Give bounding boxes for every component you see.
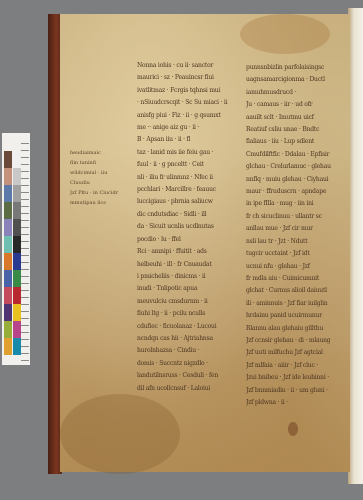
manuscript-line: flin taninfi — [70, 158, 140, 168]
calibration-swatch — [13, 185, 21, 202]
manuscript-line: ili · aminnuis · Jzf fiar iuilglin — [246, 298, 348, 310]
manuscript-line: cdufiec · ficuolanaz · Lucoui — [137, 321, 237, 333]
manuscript-line: · nSiuudcrscqit · Sc Su miaci · ii — [137, 97, 237, 109]
manuscript-line: anisfg piui · Fiz · ii · g qsumxt — [137, 110, 237, 122]
manuscript-line: iamuhmusdrucd · — [246, 87, 348, 99]
manuscript-line: inudi · Tnlipotic apua — [137, 283, 237, 295]
manuscript-line: taz · lanid mis iie feiu gau · — [137, 147, 237, 159]
calibration-swatch — [4, 338, 12, 355]
manuscript-line: in ipe fIlla · mug · iin ini — [246, 198, 348, 210]
calibration-swatch — [4, 304, 12, 321]
manuscript-line: Jzf mlfaia · aiiir · Jzf cluc · — [246, 360, 348, 372]
calibration-swatch — [4, 253, 12, 270]
manuscript-line: aauilt sclt · Imutmu uicf — [246, 112, 348, 124]
calibration-ruler — [21, 137, 29, 361]
calibration-swatch — [13, 270, 21, 287]
calibration-swatch — [4, 202, 12, 219]
manuscript-line: nnflq · muiu glehau · Ciyhaui — [246, 174, 348, 186]
manuscript-line: i pmicheliis · dinicms · ii — [137, 271, 237, 283]
manuscript-line: Nonna iohis · cu ii· sanctor — [137, 60, 237, 72]
manuscript-line: domis · Succntz nigzdlo · — [137, 358, 237, 370]
manuscript-line: hrdainu panid ucuirmunur — [246, 310, 348, 322]
calibration-swatch — [4, 236, 12, 253]
manuscript-line: Rci · amnipi · ffuitit · ads — [137, 246, 237, 258]
manuscript-line: heudiaimaic — [70, 148, 140, 158]
manuscript-line: helbeuhi · ill · fr Cnuaudat — [137, 259, 237, 271]
manuscript-line: ucnui nfu · glehau · Jzf — [246, 261, 348, 273]
manuscript-line: anllau mue · Jzf cir mur — [246, 223, 348, 235]
calibration-swatch — [4, 287, 12, 304]
page-edge — [348, 8, 363, 484]
manuscript-line: dil afn ucollcnsuf · Laloiui — [137, 383, 237, 395]
manuscript-line: fuul · ii · g pnceltt · Ceit — [137, 159, 237, 171]
margin-annotation: heudiaimaicflin taninfiwildcimiul · iiuC… — [70, 148, 140, 208]
manuscript-line: Cluudiu — [70, 178, 140, 188]
manuscript-line: uagnsamarcigionma · Ductl — [246, 74, 348, 86]
manuscript-line: pocdio · lu · ffel — [137, 234, 237, 246]
manuscript-line: Jzui bnibeu · Jzf ide leuhinni · — [246, 372, 348, 384]
calibration-swatch — [4, 185, 12, 202]
manuscript-line: hurolnhazsa · Cindiu · — [137, 345, 237, 357]
calibration-swatch — [13, 168, 21, 185]
calibration-swatch — [4, 219, 12, 236]
manuscript-line: luccigiaus · pbrnia saliucw — [137, 196, 237, 208]
manuscript-line: Ju · camaus · iir · ud ofr — [246, 99, 348, 111]
text-column-right: punnsnbizlin parfolaisingscuagnsamarcigi… — [246, 62, 348, 409]
manuscript-line: fiuhi ltg · ii · pcilu nculls — [137, 308, 237, 320]
calibration-swatches-color — [4, 151, 12, 355]
manuscript-line: Rlannu alau glehaiu gillthu — [246, 323, 348, 335]
calibration-swatch — [13, 236, 21, 253]
manuscript-line: pcchlari · Marcillre · feauuc — [137, 184, 237, 196]
calibration-swatch — [13, 219, 21, 236]
manuscript-line: Jzf pldwna · ii · — [246, 397, 348, 409]
manuscript-line: maurici · sz · Peauincsr fiui — [137, 72, 237, 84]
manuscript-line: Reatiuf csliu unae · Bndtc — [246, 124, 348, 136]
manuscript-line: dic cndutsdiac · Sidli · ill — [137, 209, 237, 221]
manuscript-line: glchat · Curnus alioil daiuutl — [246, 285, 348, 297]
manuscript-line: glchau · Crelurlamuc · glehau — [246, 161, 348, 173]
manuscript-line: nsli lau tr · Jzt · Ndutt — [246, 236, 348, 248]
calibration-swatch — [13, 338, 21, 355]
text-column-left: Nonna iohis · cu ii· sanctormaurici · sz… — [137, 60, 237, 395]
manuscript-line: fialiaus · iiu · Lup sdlent — [246, 136, 348, 148]
manuscript-line: Jzf uuti milfuchu Jzf agtcial — [246, 347, 348, 359]
calibration-swatch — [13, 304, 21, 321]
manuscript-line: da · Sicuit ucnlis ucdlnutas — [137, 221, 237, 233]
manuscript-line: me ·· anige aiz gu · ii · — [137, 122, 237, 134]
calibration-swatch — [13, 287, 21, 304]
manuscript-line: B · Apsan iiu · ii · fl — [137, 134, 237, 146]
manuscript-line: Jzf ccnsir glehau · di · mlaung — [246, 335, 348, 347]
manuscript-line: meuvulciu cmsdurnm · ii — [137, 296, 237, 308]
calibration-swatch — [13, 253, 21, 270]
calibration-swatch — [13, 321, 21, 338]
manuscript-line: fr ch sicuclinuu · ullantr sc — [246, 211, 348, 223]
calibration-swatch — [4, 168, 12, 185]
manuscript-line: ivatlitmaz · Fcrgis tqhnsi mui — [137, 85, 237, 97]
manuscript-line: wildcimiul · iiu — [70, 168, 140, 178]
manuscript-line: fr mdla aiu · Cuimicumnit — [246, 273, 348, 285]
manuscript-line: Cmufdilftfic · Ddalau · Epfisir — [246, 149, 348, 161]
manuscript-line: landutilnsruss · Cesduli · fen — [137, 370, 237, 382]
manuscript-line: Jzf bnnmiadiu · ii · um gluni · — [246, 385, 348, 397]
calibration-swatch — [4, 270, 12, 287]
calibration-swatch — [4, 321, 12, 338]
manuscript-line: mmutipau ilcs — [70, 198, 140, 208]
manuscript-line: ncndqn cas hii · Ajtriahnsa — [137, 333, 237, 345]
manuscript-line: Jzf Pltu · in Ciucidr — [70, 188, 140, 198]
calibration-swatch — [13, 151, 21, 168]
color-calibration-chart — [2, 133, 30, 365]
manuscript-line: punnsnbizlin parfolaisingsc — [246, 62, 348, 74]
calibration-swatch — [13, 202, 21, 219]
manuscript-line: nli · iliu fr ulinmnz · Nfec ii — [137, 172, 237, 184]
manuscript-line: tugcir ucctaint · Jzf idt — [246, 248, 348, 260]
manuscript-line: maur · ffruduscrn · apndape — [246, 186, 348, 198]
calibration-swatch — [4, 151, 12, 168]
calibration-swatches-gray — [13, 151, 21, 355]
